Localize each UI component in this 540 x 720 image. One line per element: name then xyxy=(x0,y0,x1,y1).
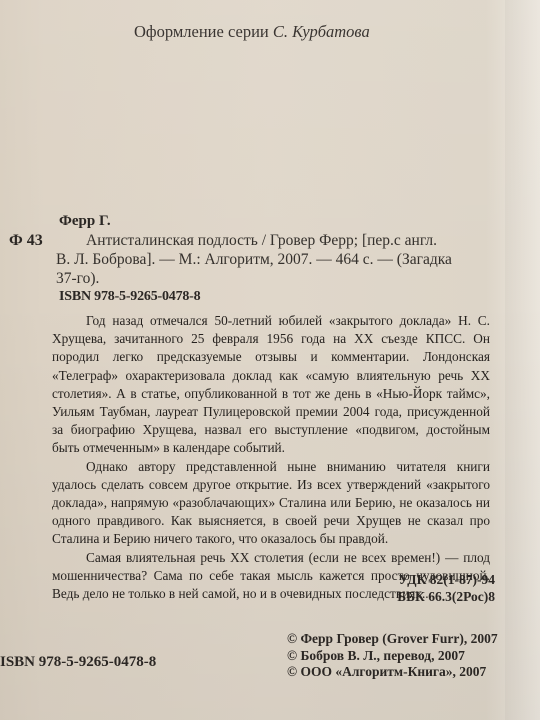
page-fold-shadow xyxy=(505,0,540,720)
bib-line: 37-го). xyxy=(56,269,488,288)
bibliographic-description: Антисталинская подлость / Гровер Ферр; [… xyxy=(56,231,488,288)
series-credit-designer: С. Курбатова xyxy=(273,22,370,41)
annotation-paragraph: Однако автору представленной ныне вниман… xyxy=(52,458,490,549)
classification-codes: УДК 82(1-87)-94 ББК 66.3(2Рос)8 xyxy=(397,571,495,605)
footer-isbn: ISBN 978-5-9265-0478-8 xyxy=(0,654,156,671)
series-credit-label: Оформление серии xyxy=(134,22,269,41)
catalog-author-heading: Ферр Г. xyxy=(59,213,111,230)
copyright-line: © Ферр Гровер (Grover Furr), 2007 xyxy=(287,631,498,648)
bib-line: В. Л. Боброва]. — М.: Алгоритм, 2007. — … xyxy=(56,250,488,269)
catalog-shelfmark: Ф 43 xyxy=(9,232,43,250)
copyright-line: © ООО «Алгоритм-Книга», 2007 xyxy=(287,664,498,681)
annotation: Год назад отмечался 50-летний юбилей «за… xyxy=(52,312,490,603)
series-design-credit: Оформление серии С. Курбатова xyxy=(134,22,370,42)
bbk-code: ББК 66.3(2Рос)8 xyxy=(397,588,495,605)
bib-line: Антисталинская подлость / Гровер Ферр; [… xyxy=(56,231,488,250)
catalog-isbn: ISBN 978-5-9265-0478-8 xyxy=(59,289,200,305)
annotation-paragraph: Год назад отмечался 50-летний юбилей «за… xyxy=(52,312,490,458)
udk-code: УДК 82(1-87)-94 xyxy=(397,571,495,588)
copyright-line: © Бобров В. Л., перевод, 2007 xyxy=(287,648,498,665)
copyright-notices: © Ферр Гровер (Grover Furr), 2007 © Бобр… xyxy=(287,631,498,681)
